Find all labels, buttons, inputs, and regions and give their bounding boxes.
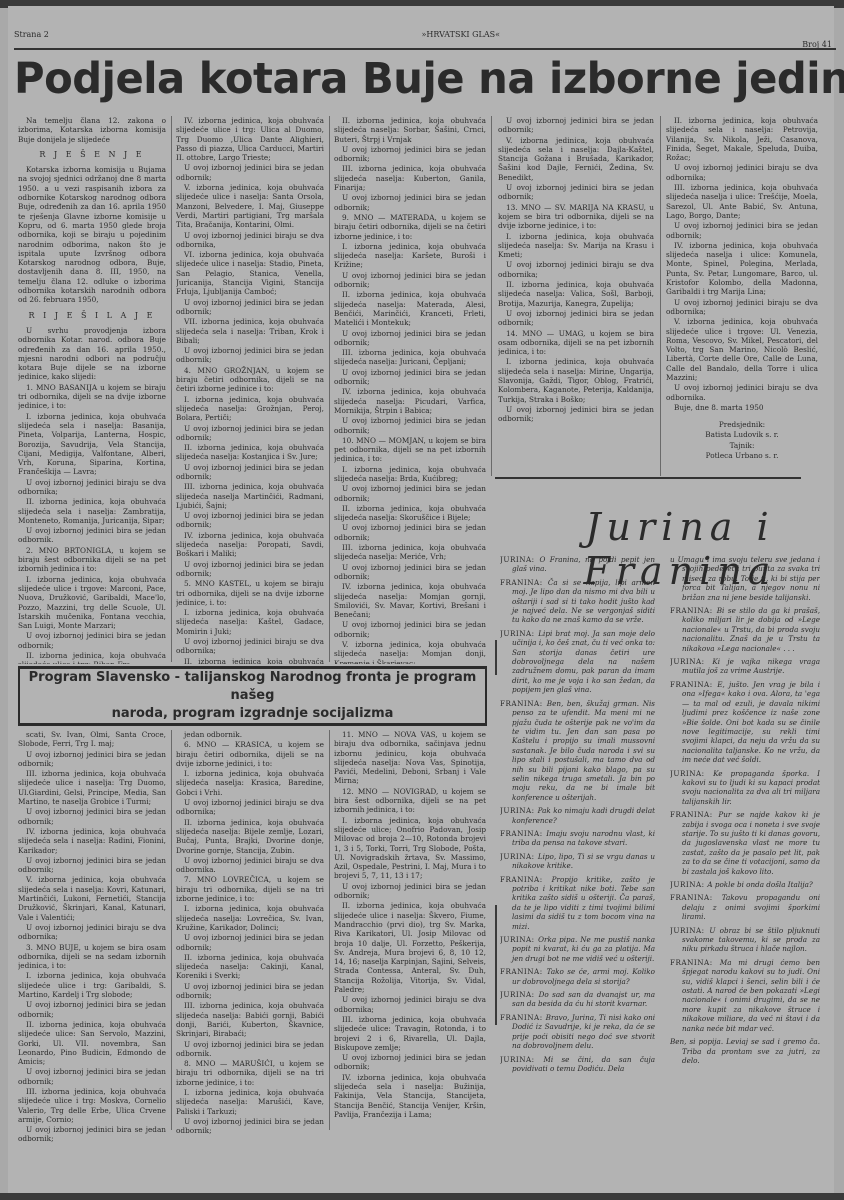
feature-border: [495, 640, 497, 675]
speaker-name: FRANINA:: [670, 810, 718, 819]
paper-name: »HRVATSKI GLAS«: [421, 30, 500, 39]
article-paragraph: I. izborna jedinica, koja obuhvaća slije…: [176, 904, 324, 932]
speaker-name: JURINA:: [500, 852, 538, 861]
article-paragraph: IV. izborna jedinica, koja obuhvaća slij…: [666, 241, 818, 297]
article-paragraph: U ovoj izbornoj jedinici bira se jedan o…: [176, 560, 324, 579]
article-paragraph: II. izborna jedinica koja obuhvaća slije…: [176, 657, 324, 664]
article-paragraph: I. izborna jedinica, koja obuhvaća slije…: [176, 1088, 324, 1116]
column-divider: [171, 116, 172, 662]
article-paragraph: U ovoj izbornoj jedinici biraju se dva o…: [176, 637, 324, 656]
speaker-name: JURINA:: [670, 880, 707, 889]
article-paragraph: 7. MNO LOVREČICA, u kojem se biraju tri …: [176, 875, 324, 903]
article-paragraph: R J E Š E N J E: [18, 150, 166, 159]
speaker-name: FRANINA:: [500, 1013, 546, 1022]
masthead: Strana 2 »HRVATSKI GLAS«: [14, 26, 500, 42]
dialogue-text: Ben, ben, škužaj grman. Nis penso za te …: [512, 699, 655, 802]
article-paragraph: U ovoj izbornoj jedinici biraju se dva o…: [176, 231, 324, 250]
article-paragraph: U svrhu provodjenja izbora odbornika Kot…: [18, 326, 166, 382]
article-paragraph: V. izborna jedinica, koja obuhvaća slije…: [498, 136, 654, 182]
article-lower-column-3: 11. MNO — NOVA VAS, u kojem se biraju dv…: [334, 730, 486, 1170]
dialogue-line: FRANINA: Bi se stilo da ga ki prašaš, ko…: [670, 606, 820, 653]
article-paragraph: U ovoj izbornoj jedinici bira se jedan o…: [18, 631, 166, 650]
article-paragraph: 13. MNO — SV. MARIJA NA KRASU, u kojem s…: [498, 203, 654, 231]
article-paragraph: U ovoj izbornoj jedinici bira se jedan o…: [334, 368, 486, 387]
dialogue-line: JURINA: Do sad san da dvanajst ur, ma sa…: [500, 990, 655, 1009]
article-paragraph: I. izborna jedinica, koja obuhvaća slije…: [498, 232, 654, 260]
article-paragraph: U ovoj izbornoj jedinici bira se jedan o…: [334, 523, 486, 542]
speaker-name: JURINA:: [500, 806, 538, 815]
article-paragraph: U ovoj izbornoj jedinici bira se jedan o…: [498, 405, 654, 424]
dialogue-line: JURINA: Orka pipa. Ne me pustiš nanka po…: [500, 935, 655, 963]
article-paragraph: U ovoj izbornoj jedinici bira se jedan o…: [176, 298, 324, 317]
article-paragraph: II. izborna jedinica, koja obuhvaća slij…: [176, 953, 324, 981]
speaker-name: FRANINA:: [500, 699, 547, 708]
feature-column-left: JURINA: O Franina, na pojdi pepit jen gl…: [500, 555, 655, 1115]
speaker-name: JURINA:: [500, 935, 538, 944]
article-paragraph: scati, Sv. Ivan, Olmi, Santa Croce, Slob…: [18, 730, 166, 749]
article-paragraph: U ovoj izbornoj jedinici bira se jedan o…: [176, 982, 324, 1001]
article-paragraph: II. izborna jedinica, koja obuhvaća slij…: [334, 901, 486, 994]
article-paragraph: I. izborna jedinica, koja obuhvaća slije…: [334, 465, 486, 484]
article-paragraph: III. izborna jedinica, koja obuhvaća sli…: [334, 348, 486, 367]
article-paragraph: III. izborna jedinica, koja obuhvaća sli…: [666, 183, 818, 220]
dialogue-line: JURINA: A pokle bi onda došla Italija?: [670, 880, 820, 889]
article-paragraph: II. izborna jedinica, koja obuhvaća slij…: [18, 1020, 166, 1066]
column-divider: [329, 116, 330, 662]
article-paragraph: V. izborna jedinica, koja obuhvaća slije…: [176, 183, 324, 229]
article-paragraph: 12. MNO — NOVIGRAD, u kojem se bira šest…: [334, 787, 486, 815]
dialogue-line: JURINA: Lipi brat moj. Ja san moje delo …: [500, 629, 655, 695]
article-paragraph: U ovoj izbornoj jedinici biraju se dva o…: [176, 856, 324, 875]
headline: Podjela kotara Buje na izborne jedinice: [14, 54, 811, 104]
article-paragraph: U ovoj izbornoj jedinici bira se jedan o…: [18, 1067, 166, 1086]
speaker-name: JURINA:: [670, 926, 709, 935]
article-paragraph: U ovoj izbornoj jedinici biraju se dva o…: [666, 298, 818, 317]
article-paragraph: II. izborna jedinica, koja obuhvaća slij…: [334, 116, 486, 144]
dialogue-line: FRANINA: Pur se najde kakov ki je zabija…: [670, 810, 820, 876]
article-paragraph: 8. MNO — MARUŠIĆI, u kojem se biraju tri…: [176, 1059, 324, 1087]
scan-edge: [0, 1193, 844, 1200]
secretary-title: Tajnik:: [666, 441, 818, 450]
article-paragraph: U ovoj izbornoj jedinici bira se jedan o…: [666, 221, 818, 240]
dialogue-line: u Umagu i ima svoju teleru sve jedana i …: [670, 555, 820, 602]
article-paragraph: III. izborna jedinica, koja obuhvaća sli…: [334, 543, 486, 562]
article-paragraph: 5. MNO KASTEL, u kojem se biraju tri odb…: [176, 579, 324, 607]
dialogue-line: JURINA: Ke propaganda šporka. I kakovi s…: [670, 769, 820, 807]
slogan-banner: Program Slavensko - talijanskog Narodnog…: [18, 666, 487, 726]
article-paragraph: I. izborna jedinica, koja obuhvaća slije…: [18, 412, 166, 477]
article-paragraph: IV. izborna jedinica, koja obuhvaća slij…: [334, 582, 486, 619]
article-column-3: II. izborna jedinica, koja obuhvaća slij…: [334, 116, 486, 664]
speaker-name: JURINA:: [500, 629, 538, 638]
article-paragraph: U ovoj izbornoj jedinici bira se jedan o…: [176, 163, 324, 182]
article-paragraph: Na temelju člana 12. zakona o izborima, …: [18, 116, 166, 144]
article-paragraph: III. izborna jedinica, koja obuhvaća sli…: [18, 769, 166, 806]
article-paragraph: U ovoj izbornoj jedinici biraju se dva o…: [666, 383, 818, 402]
dialogue-text: Ma mi drugi ćemo ben špjegat narodu kako…: [682, 958, 820, 1033]
speaker-name: JURINA:: [670, 769, 713, 778]
speaker-name: FRANINA:: [670, 606, 717, 615]
article-paragraph: II. izborna jedinica, koja obuhvaća slij…: [334, 504, 486, 523]
dialogue-line: FRANINA: Bravo, Jurina, Ti nisi kako oni…: [500, 1013, 655, 1051]
speaker-name: FRANINA:: [500, 875, 552, 884]
speaker-name: JURINA:: [500, 1055, 543, 1064]
dialogue-line: FRANINA: Ča si se napija, lipi armon moj…: [500, 578, 655, 625]
dialogue-line: JURINA: Ki je vajka nikega vraga mutila …: [670, 657, 820, 676]
article-paragraph: III. izborna jedinica, koja obuhvaća sli…: [176, 482, 324, 510]
article-paragraph: U ovoj izbornoj jedinici bira se jedan o…: [334, 1053, 486, 1072]
dialogue-line: FRANINA: Propijo kritike, zašto je potri…: [500, 875, 655, 931]
column-divider: [171, 730, 172, 1130]
article-paragraph: IV. izborna jedinica, koja obuhvaća slij…: [176, 531, 324, 559]
speaker-name: FRANINA:: [500, 967, 547, 976]
speaker-name: FRANINA:: [670, 958, 720, 967]
article-paragraph: VI. izborna jedinica, koja obuhvaća slij…: [176, 250, 324, 296]
banner-line-2: naroda, program izgradnje socijalizma: [20, 705, 485, 723]
masthead-rule: [14, 48, 836, 50]
article-paragraph: U ovoj izbornoj jedinici bira se jedan o…: [18, 807, 166, 826]
dialogue-line: JURINA: Mi se čini, da san čuja povidiva…: [500, 1055, 655, 1074]
secretary-name: Potleca Urbano s. r.: [666, 451, 818, 460]
article-paragraph: III. izborna jedinica, koja obuhvaća sli…: [18, 1087, 166, 1124]
article-paragraph: U ovoj izbornoj jedinici bira se jedan o…: [176, 933, 324, 952]
article-paragraph: U ovoj izbornoj jedinici bira se jedan o…: [498, 309, 654, 328]
article-column-4: U ovoj izbornoj jedinici bira se jedan o…: [498, 116, 654, 476]
article-paragraph: Kotarska izborna komisija u Bujama na sv…: [18, 165, 166, 304]
article-paragraph: 6. MNO — KRASICA, u kojem se biraju četi…: [176, 740, 324, 768]
feature-column-right: u Umagu i ima svoju teleru sve jedana i …: [670, 555, 820, 1155]
article-paragraph: II. izborna jedinica, koja obuhvaća slij…: [666, 116, 818, 162]
article-paragraph: I. izborna jedinica, koja obuhvaća slije…: [18, 971, 166, 999]
article-lower-column-2: jedan odbornik.6. MNO — KRASICA, u kojem…: [176, 730, 324, 1170]
article-paragraph: III. izborna jedinica, koja obuhvaća sli…: [176, 1001, 324, 1038]
article-paragraph: U ovoj izbornoj jedinici biraju se dva o…: [498, 260, 654, 279]
president-title: Predsjednik:: [666, 420, 818, 429]
article-paragraph: I. izborna jedinica, koja obuhvaća slije…: [176, 395, 324, 423]
article-paragraph: I. izborna jedinica, koja obuhvaća slije…: [176, 608, 324, 636]
article-paragraph: U ovoj izbornoj jedinici biraju se dva o…: [666, 163, 818, 182]
president-name: Batista Ludovik s. r.: [666, 430, 818, 439]
dialogue-line: JURINA: Lipo, lipo, Ti si se vrgu danas …: [500, 852, 655, 871]
article-column-5: II. izborna jedinica, koja obuhvaća slij…: [666, 116, 818, 416]
article-paragraph: U ovoj izbornoj jedinici biraju se dva o…: [18, 923, 166, 942]
article-paragraph: I. izborna jedinica, koja obuhvaća slije…: [334, 242, 486, 270]
article-paragraph: II. izborna jedinica, koja obuhvaća slij…: [498, 280, 654, 308]
article-paragraph: Buje, dne 8. marta 1950: [666, 403, 818, 412]
article-paragraph: U ovoj izbornoj jedinici bira se jedan o…: [176, 424, 324, 443]
column-divider: [329, 730, 330, 1130]
page-number: Strana 2: [14, 30, 49, 39]
article-paragraph: IV. izborna jedinica, koja obuhvaća slij…: [334, 387, 486, 415]
article-paragraph: IV. izborna jedinica, koja obuhvaća slij…: [18, 827, 166, 855]
dialogue-line: JURINA: U obraz bi se štilo pljuknuti sv…: [670, 926, 820, 954]
article-paragraph: I. izborna jedinica, koja obuhvaća slije…: [498, 357, 654, 403]
article-paragraph: U ovoj izbornoj jedinici bira se jedan o…: [334, 484, 486, 503]
article-paragraph: 14. MNO — UMAG, u kojem se bira osam odb…: [498, 329, 654, 357]
article-paragraph: U ovoj izbornoj jedinici bira se jedan o…: [498, 116, 654, 135]
article-paragraph: U ovoj izbornoj jedinici bira se jedan o…: [18, 856, 166, 875]
article-paragraph: II. izborna jedinica, koja obuhvaća slij…: [18, 497, 166, 525]
article-paragraph: 1. MNO BASANIJA u kojem se biraju tri od…: [18, 383, 166, 411]
article-paragraph: V. izborna jedinica, koja obuhvaća slije…: [18, 875, 166, 921]
article-paragraph: 9. MNO — MATERADA, u kojem se biraju čet…: [334, 213, 486, 241]
feature-border: [495, 905, 497, 1025]
dialogue-line: FRANINA: Takovu propagandu oni delaju z …: [670, 893, 820, 921]
article-paragraph: U ovoj izbornoj jedinici biraju se dva o…: [18, 478, 166, 497]
article-paragraph: U ovoj izbornoj jedinici bira se jedan o…: [176, 511, 324, 530]
article-paragraph: IV. izborna jedinica, koja obuhvaća slij…: [334, 1073, 486, 1119]
article-paragraph: U ovoj izbornoj jedinici bira se jedan o…: [498, 183, 654, 202]
article-paragraph: II. izborna jedinica, koja obuhvaća slij…: [176, 443, 324, 462]
dialogue-line: FRANINA: Imaju svoju narodnu vlast, ki t…: [500, 829, 655, 848]
article-paragraph: I. izborna jedinica, koja obuhvaća slije…: [334, 816, 486, 881]
speaker-name: JURINA:: [500, 555, 540, 564]
dialogue-line: JURINA: O Franina, na pojdi pepit jen gl…: [500, 555, 655, 574]
article-paragraph: IV. izborna jedinica, koja obuhvaća slij…: [176, 116, 324, 162]
column-divider: [491, 116, 492, 476]
article-paragraph: U ovoj izbornoj jedinici bira se jedan o…: [334, 271, 486, 290]
article-paragraph: II. izborna jedinica, koja obuhvaća slij…: [334, 290, 486, 327]
article-paragraph: U ovoj izbornoj jedinici biraju se dva o…: [334, 995, 486, 1014]
dialogue-line: Ben, si popija. Leviaj se sad i gremo ča…: [670, 1037, 820, 1065]
article-paragraph: II. izborna jedinica, koja obuhvaća slij…: [176, 818, 324, 855]
article-paragraph: 2. MNO BRTONIGLA, u kojem se biraju šest…: [18, 546, 166, 574]
article-paragraph: 3. MNO BUJE, u kojem se bira osam odborn…: [18, 943, 166, 971]
article-paragraph: U ovoj izbornoj jedinici bira se jedan o…: [334, 193, 486, 212]
speaker-name: JURINA:: [670, 657, 712, 666]
dialogue-text: Pur se najde kakov ki je zabija i svoga …: [682, 810, 820, 875]
dialogue-line: FRANINA: Tako se će, armi moj. Koliko ur…: [500, 967, 655, 986]
article-paragraph: VII. izborna jedinica, koja obuhvaća sli…: [176, 317, 324, 345]
article-paragraph: U ovoj izbornoj jedinici bira se jedan o…: [334, 882, 486, 901]
article-paragraph: U ovoj izbornoj jedinici bira se jedan o…: [18, 1125, 166, 1144]
signature-block: Predsjednik: Batista Ludovik s. r. Tajni…: [666, 420, 818, 480]
article-paragraph: U ovoj izbornoj jedinici biraju se dva o…: [176, 798, 324, 817]
article-paragraph: jedan odbornik.: [176, 730, 324, 739]
article-paragraph: 10. MNO — MOMJAN, u kojem se bira pet od…: [334, 436, 486, 464]
article-paragraph: III. izborna jedinica, koja obuhvaća sli…: [334, 164, 486, 192]
speaker-name: FRANINA:: [500, 578, 548, 587]
article-paragraph: U ovoj izbornoj jedinici bira se jedan o…: [176, 463, 324, 482]
article-paragraph: U ovoj izbornoj jedinici bira se jedan o…: [334, 563, 486, 582]
banner-line-1: Program Slavensko - talijanskog Narodnog…: [20, 669, 485, 705]
article-paragraph: U ovoj izbornoj jedinici bira se jedan o…: [334, 416, 486, 435]
dialogue-text: A pokle bi onda došla Italija?: [707, 880, 812, 889]
article-paragraph: U ovoj izbornoj jedinici bira se jedan o…: [176, 346, 324, 365]
article-paragraph: 11. MNO — NOVA VAS, u kojem se biraju dv…: [334, 730, 486, 786]
article-paragraph: U ovoj izbornoj jedinici bira se jedan o…: [176, 1040, 324, 1059]
article-paragraph: V. izborna jedinica, koja obuhvaća slije…: [666, 317, 818, 382]
article-paragraph: U ovoj izbornoj jedinici bira se jedan o…: [334, 145, 486, 164]
article-paragraph: I. izborna jedinica, koja obuhvaća slije…: [18, 575, 166, 631]
dialogue-text: u Umagu i ima svoju teleru sve jedana i …: [670, 555, 820, 602]
article-column-1: Na temelju člana 12. zakona o izborima, …: [18, 116, 166, 664]
article-paragraph: U ovoj izbornoj jedinici bira se jedan o…: [18, 526, 166, 545]
speaker-name: FRANINA:: [670, 680, 717, 689]
dialogue-text: Lipi brat moj. Ja san moje delo učinija …: [512, 629, 655, 694]
article-paragraph: U ovoj izbornoj jedinici bira se jedan o…: [176, 1117, 324, 1136]
article-paragraph: U ovoj izbornoj jedinici bira se jedan o…: [334, 620, 486, 639]
dialogue-line: JURINA: Pak ko nimaju kadi drugdi delat …: [500, 806, 655, 825]
article-paragraph: 4. MNO GROŽNJAN, u kojem se biraju četir…: [176, 366, 324, 394]
column-divider: [660, 116, 661, 476]
speaker-name: FRANINA:: [670, 893, 722, 902]
article-paragraph: V. izborna jedinica, koja obuhvaća slije…: [334, 640, 486, 664]
article-paragraph: III. izborna jedinica, koja obuhvaća sli…: [334, 1015, 486, 1052]
dialogue-text: Ben, si popija. Leviaj se sad i gremo ča…: [670, 1037, 820, 1065]
article-paragraph: U ovoj izbornoj jedinici bira se jedan o…: [18, 1000, 166, 1019]
dialogue-text: E, jušto. Jen vrag je bila i ona »Ifega«…: [682, 680, 820, 764]
article-paragraph: U ovoj izbornoj jedinici bira se jedan o…: [334, 329, 486, 348]
section-rule: [495, 477, 801, 479]
article-paragraph: I. izborna jedinica, koja obuhvaća slije…: [176, 769, 324, 797]
dialogue-line: FRANINA: E, jušto. Jen vrag je bila i on…: [670, 680, 820, 765]
article-paragraph: II. izborna jedinica, koja obuhvaća slij…: [18, 651, 166, 664]
article-column-2: IV. izborna jedinica, koja obuhvaća slij…: [176, 116, 324, 664]
article-paragraph: U ovoj izbornoj jedinici bira se jedan o…: [18, 750, 166, 769]
article-lower-column-1: scati, Sv. Ivan, Olmi, Santa Croce, Slob…: [18, 730, 166, 1170]
dialogue-line: FRANINA: Ben, ben, škužaj grman. Nis pen…: [500, 699, 655, 802]
speaker-name: FRANINA:: [500, 829, 546, 838]
speaker-name: JURINA:: [500, 990, 539, 999]
article-paragraph: R I J E Š I L A J E: [18, 311, 166, 320]
dialogue-line: FRANINA: Ma mi drugi ćemo ben špjegat na…: [670, 958, 820, 1033]
